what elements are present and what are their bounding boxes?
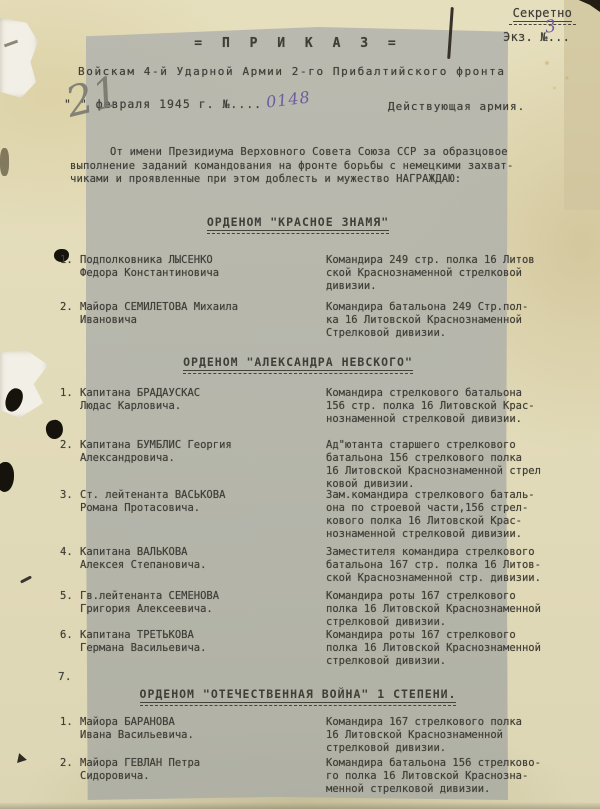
document-title: = П Р И К А З = — [90, 36, 506, 51]
entry-number: 5. — [60, 590, 80, 629]
entry-position: Командира батальона 156 стрелково- го по… — [326, 757, 566, 796]
award-entry: 3. Ст. лейтенанта ВАСЬКОВА Романа Протас… — [60, 489, 566, 541]
entry-number: 1. — [60, 716, 80, 755]
ink-blot — [0, 462, 14, 492]
preamble-paragraph: От имени Президиума Верховного Совета Со… — [70, 146, 538, 187]
scan-bottom-edge — [0, 802, 600, 809]
award-entry: 2. Майора СЕМИЛЕТОВА Михаила Ивановича К… — [60, 301, 566, 340]
entry-number: 2. — [60, 757, 80, 796]
entry-position: Командира 167 стрелкового полка 16 Литов… — [326, 716, 566, 755]
award-entry: 2. Капитана БУМБЛИС Георгия Александрови… — [60, 439, 566, 491]
secrecy-stamp: Секретно — [513, 6, 572, 22]
entry-position: Командира стрелкового батальона 156 стр.… — [326, 387, 566, 426]
secrecy-label: Секретно — [513, 6, 572, 22]
entry-name: Подполковника ЛЫСЕНКО Федора Константино… — [80, 254, 306, 293]
entry-number: 3. — [60, 489, 80, 541]
entry-number: 2. — [60, 301, 80, 340]
copy-number-line: Экз. №... — [503, 30, 570, 44]
active-army-note: Действующая армия. — [388, 100, 525, 113]
entry-name: Майора СЕМИЛЕТОВА Михаила Ивановича — [80, 301, 306, 340]
section-heading-patriotic-war: ОРДЕНОМ "ОТЕЧЕСТВЕННАЯ ВОЙНА" 1 СТЕПЕНИ. — [90, 687, 506, 703]
entry-name: Майора ГЕВЛАН Петра Сидоровича. — [80, 757, 306, 796]
entry-position: Зам.командира стрелкового баталь- она по… — [326, 489, 566, 541]
award-entry: 2. Майора ГЕВЛАН Петра Сидоровича. Коман… — [60, 757, 566, 796]
pen-tick-mark — [20, 575, 32, 583]
entry-number: 2. — [60, 439, 80, 491]
entry-name: Капитана БРАДАУСКАС Людас Карловича. — [80, 387, 306, 426]
award-entry: 1. Майора БАРАНОВА Ивана Васильевича. Ко… — [60, 716, 566, 755]
award-entry: 1. Подполковника ЛЫСЕНКО Федора Констант… — [60, 254, 566, 293]
entry-number: 4. — [60, 546, 80, 585]
paper-tear-top-left — [0, 18, 38, 98]
entry-name: Гв.лейтенанта СЕМЕНОВА Григория Алексеев… — [80, 590, 306, 629]
entry-position: Командира роты 167 стрелкового полка 16 … — [326, 629, 566, 668]
entry-number: 1. — [60, 254, 80, 293]
entry-name: Майора БАРАНОВА Ивана Васильевича. — [80, 716, 306, 755]
entry-position: Командира 249 стр. полка 16 Литов ской К… — [326, 254, 566, 293]
section-heading-text: ОРДЕНОМ "АЛЕКСАНДРА НЕВСКОГО" — [183, 355, 413, 371]
entry-name: Капитана ВАЛЬКОВА Алексея Степановича. — [80, 546, 306, 585]
entry-position: Заместителя командира стрелкового баталь… — [326, 546, 566, 585]
section-heading-text: ОРДЕНОМ "ОТЕЧЕСТВЕННАЯ ВОЙНА" 1 СТЕПЕНИ. — [140, 687, 457, 703]
section-heading-red-banner: ОРДЕНОМ "КРАСНОЕ ЗНАМЯ" — [90, 215, 506, 231]
entry-number: 1. — [60, 387, 80, 426]
entry-name: Ст. лейтенанта ВАСЬКОВА Романа Протасови… — [80, 489, 306, 541]
edge-smudge — [0, 148, 9, 176]
pen-arrow-mark — [17, 753, 28, 765]
orphan-entry-number: 7. — [58, 670, 72, 683]
document-subtitle: Войскам 4-й Ударной Армии 2-го Прибалтий… — [78, 65, 506, 78]
award-entry: 1. Капитана БРАДАУСКАС Людас Карловича. … — [60, 387, 566, 426]
entry-position: Командира батальона 249 Стр.пол- ка 16 Л… — [326, 301, 566, 340]
award-entry: 5. Гв.лейтенанта СЕМЕНОВА Григория Алекс… — [60, 590, 566, 629]
award-entry: 4. Капитана ВАЛЬКОВА Алексея Степановича… — [60, 546, 566, 585]
entry-name: Капитана БУМБЛИС Георгия Александровича. — [80, 439, 306, 491]
foxing-stains — [532, 48, 582, 98]
award-entry: 6. Капитана ТРЕТЬКОВА Германа Васильевич… — [60, 629, 566, 668]
scanned-order-document: Секретно Экз. №... 3 = П Р И К А З = Вой… — [0, 0, 600, 809]
section-heading-alexander-nevsky: ОРДЕНОМ "АЛЕКСАНДРА НЕВСКОГО" — [90, 355, 506, 371]
entry-position: Ад"ютанта старшего стрелкового батальона… — [326, 439, 566, 491]
section-heading-text: ОРДЕНОМ "КРАСНОЕ ЗНАМЯ" — [207, 215, 389, 231]
entry-name: Капитана ТРЕТЬКОВА Германа Васильевича. — [80, 629, 306, 668]
entry-number: 6. — [60, 629, 80, 668]
entry-position: Командира роты 167 стрелкового полка 16 … — [326, 590, 566, 629]
